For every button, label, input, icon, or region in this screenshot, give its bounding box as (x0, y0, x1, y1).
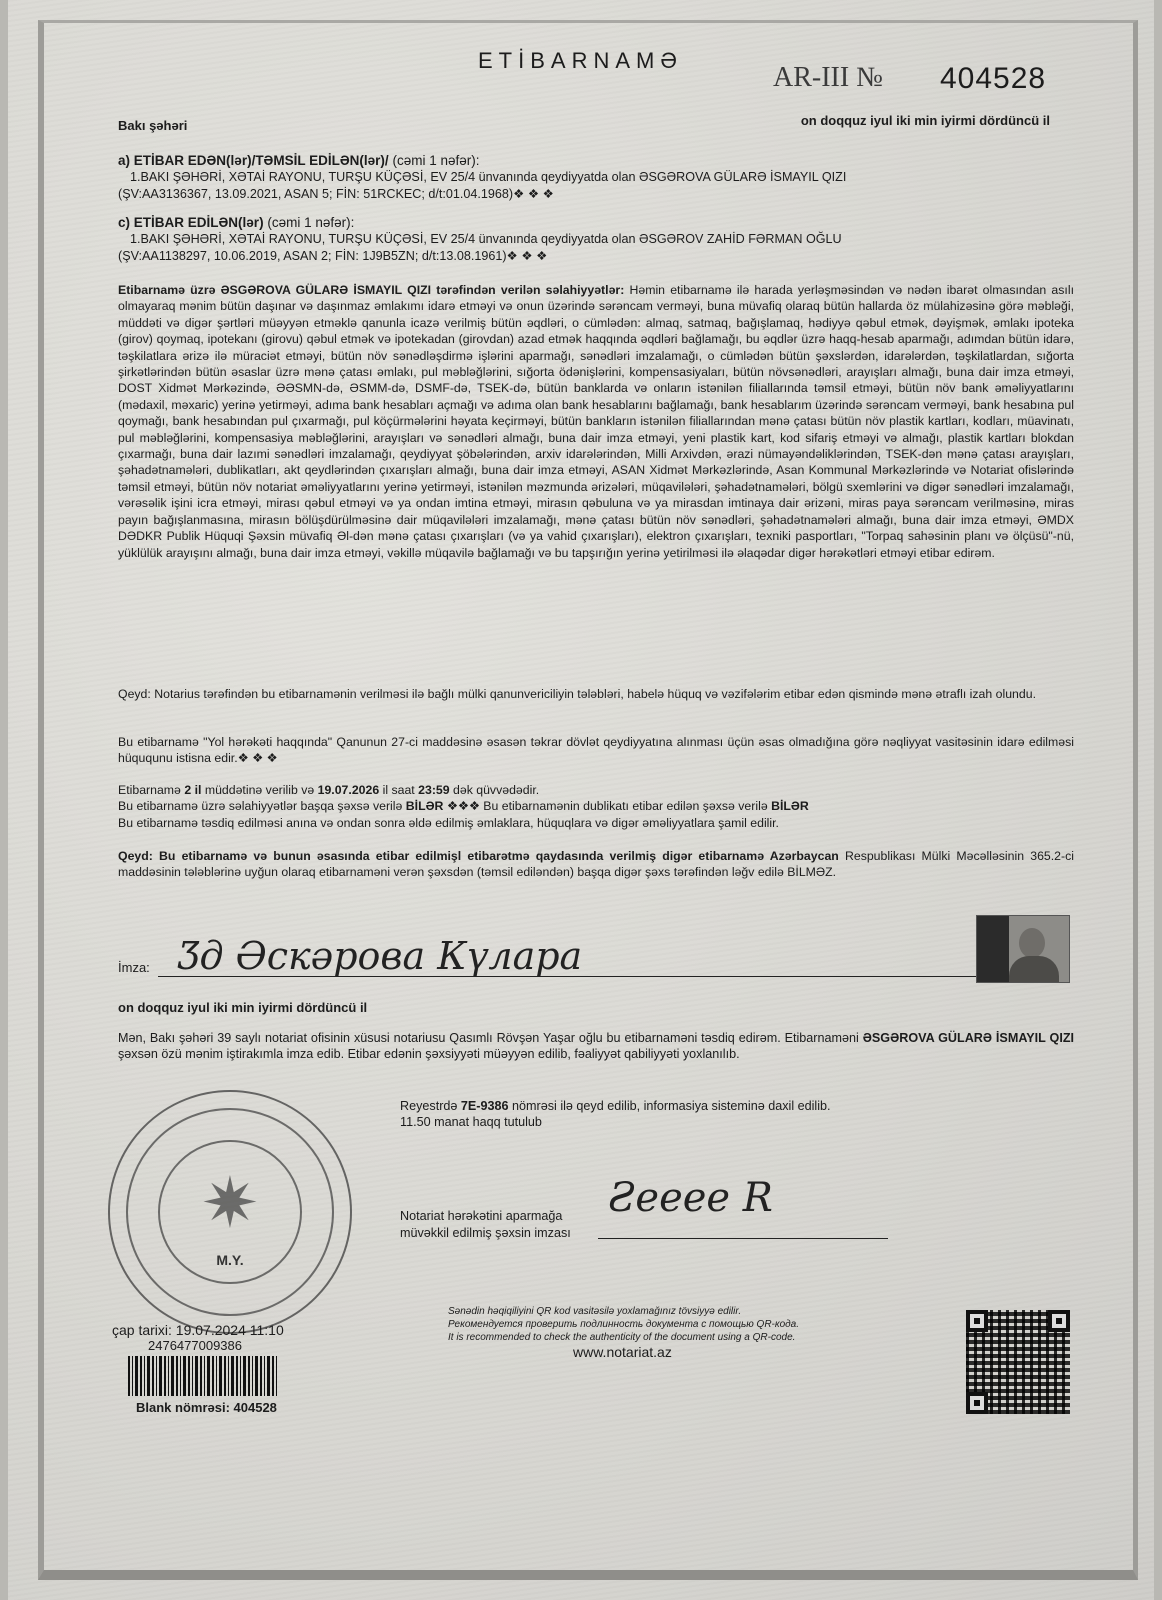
verify-text-ru: Рекомендуется проверить подлинность доку… (448, 1318, 799, 1331)
notary-signature-line (598, 1238, 888, 1239)
signature-block: İmza: Ӡд Әскәрова Күлара (118, 940, 988, 980)
validity-mid2: il saat (383, 783, 415, 797)
delegation-pre: Bu etibarnamə üzrə səlahiyyətlər başqa ş… (118, 799, 402, 813)
notary-text-1: Mən, Bakı şəhəri 39 saylı notariat ofisi… (118, 1031, 859, 1045)
principal-heading: a) ETİBAR EDƏN(lər)/TƏMSİL EDİLƏN(lər)/ … (118, 152, 1074, 169)
document-title: ETİBARNAMƏ (478, 48, 683, 74)
notary-text-2: şəxsən özü mənim iştirakımla imza edib. … (118, 1047, 740, 1061)
blank-number: Blank nömrəsi: 404528 (136, 1400, 277, 1415)
validity-time: 23:59 (418, 783, 449, 797)
notary-certification: Mən, Bakı şəhəri 39 saylı notariat ofisi… (118, 1030, 1074, 1063)
validity-date: 19.07.2026 (318, 783, 380, 797)
note-traffic-law: Bu etibarnamə "Yol hərəkəti haqqında" Qa… (118, 734, 1074, 767)
powers-paragraph: Etibarnamə üzrə ƏSGƏROVA GÜLARƏ İSMAYIL … (118, 282, 1074, 561)
photo-face (1019, 928, 1045, 958)
validity-term: 2 il (184, 783, 201, 797)
principal-photo (976, 915, 1070, 983)
principal-heading-label: a) ETİBAR EDƏN(lər)/TƏMSİL EDİLƏN(lər)/ (118, 153, 389, 168)
notary-principal-name: ƏSGƏROVA GÜLARƏ İSMAYIL QIZI (863, 1031, 1074, 1045)
issue-date-text: on doqquz iyul iki min iyirmi dördüncü i… (801, 113, 1050, 128)
qr-finder-bl (966, 1392, 988, 1414)
validity-block: Etibarnamə 2 il müddətinə verilib və 19.… (118, 782, 1074, 831)
validity-line: Etibarnamə 2 il müddətinə verilib və 19.… (118, 782, 1074, 798)
principal-count: (cəmi 1 nəfər): (392, 153, 479, 168)
authorized-label-2: müvəkkil edilmiş şəxsin imzası (400, 1225, 571, 1242)
verify-text-az: Sənədin həqiqiliyini QR kod vasitəsilə y… (448, 1305, 799, 1318)
fee-line: 11.50 manat haqq tutulub (400, 1114, 831, 1130)
powers-lead: Etibarnamə üzrə ƏSGƏROVA GÜLARƏ İSMAYIL … (118, 283, 624, 297)
agent-section: c) ETİBAR EDİLƏN(lər) (cəmi 1 nəfər): 1.… (118, 214, 1074, 265)
website-link[interactable]: www.notariat.az (573, 1344, 672, 1360)
revocation-note: Qeyd: Bu etibarnamə və bunun əsasında et… (118, 848, 1074, 881)
registry-line: Reyestrdə 7E-9386 nömrəsi ilə qeyd edili… (400, 1098, 831, 1114)
agent-count: (cəmi 1 nəfər): (267, 215, 354, 230)
qr-finder-tl (966, 1310, 988, 1332)
authorized-signature-block: Notariat hərəkətini aparmağa müvəkkil ed… (400, 1208, 571, 1242)
qr-verification-note: Sənədin həqiqiliyini QR kod vasitəsilə y… (448, 1305, 799, 1344)
registry-number: 7E-9386 (461, 1099, 509, 1113)
validity-mid: müddətinə verilib və (205, 783, 314, 797)
delegation-value: BİLƏR (406, 799, 444, 813)
powers-text: Həmin etibarnamə ilə harada yerləşməsind… (118, 283, 1074, 560)
document-page: ETİBARNAMƏ AR-III № 404528 Bakı şəhəri o… (8, 0, 1154, 1600)
validity-pre: Etibarnamə (118, 783, 181, 797)
barcode (128, 1356, 278, 1396)
form-number: 404528 (940, 62, 1046, 96)
registry-post: nömrəsi ilə qeyd edilib, informasiya sis… (512, 1099, 830, 1113)
notary-stamp: ✷ M.Y. (108, 1090, 352, 1334)
registry-pre: Reyestrdə (400, 1099, 457, 1113)
form-series: AR-III № (773, 62, 883, 94)
handwritten-signature: Ӡд Әскәрова Күлара (178, 934, 582, 978)
agent-ids: (ŞV:AA1138297, 10.06.2019, ASAN 2; FİN: … (118, 248, 1074, 265)
signature-label: İmza: (118, 960, 150, 975)
stamp-initials: M.Y. (110, 1252, 350, 1268)
delegation-line: Bu etibarnamə üzrə səlahiyyətlər başqa ş… (118, 798, 1074, 814)
authorized-label-1: Notariat hərəkətini aparmağa (400, 1208, 571, 1225)
validity-post: dək qüvvədədir. (453, 783, 539, 797)
print-date: çap tarixi: 19.07.2024 11:10 (112, 1322, 284, 1338)
emblem-star-icon: ✷ (110, 1162, 350, 1244)
verify-text-en: It is recommended to check the authentic… (448, 1331, 799, 1344)
principal-section: a) ETİBAR EDƏN(lər)/TƏMSİL EDİLƏN(lər)/ … (118, 152, 1074, 203)
photo-body (1009, 956, 1059, 982)
agent-address: 1.BAKI ŞƏHƏRİ, XƏTAİ RAYONU, TURŞU KÜÇƏS… (118, 231, 1074, 248)
principal-ids: (ŞV:AA3136367, 13.09.2021, ASAN 5; FİN: … (118, 186, 1074, 203)
registry-block: Reyestrdə 7E-9386 nömrəsi ilə qeyd edili… (400, 1098, 831, 1130)
agent-heading: c) ETİBAR EDİLƏN(lər) (cəmi 1 nəfər): (118, 214, 1074, 231)
agent-heading-label: c) ETİBAR EDİLƏN(lər) (118, 215, 264, 230)
signature-date-text: on doqquz iyul iki min iyirmi dördüncü i… (118, 1000, 367, 1015)
notary-signature: Ƨeeee R (608, 1175, 773, 1221)
qr-code[interactable] (966, 1310, 1070, 1414)
duplicate-pre: ❖❖❖ Bu etibarnamənin dublikatı etibar ed… (447, 799, 768, 813)
barcode-number: 2476477009386 (148, 1338, 242, 1353)
issue-city: Bakı şəhəri (118, 118, 187, 133)
qr-finder-tr (1048, 1310, 1070, 1332)
duplicate-value: BİLƏR (771, 799, 809, 813)
scope-line: Bu etibarnamə təsdiq edilməsi anına və o… (118, 815, 1074, 831)
revocation-note-bold: Qeyd: Bu etibarnamə və bunun əsasında et… (118, 849, 839, 863)
principal-address: 1.BAKI ŞƏHƏRİ, XƏTAİ RAYONU, TURŞU KÜÇƏS… (118, 169, 1074, 186)
note-explained: Qeyd: Notarius tərəfindən bu etibarnamən… (118, 686, 1074, 702)
